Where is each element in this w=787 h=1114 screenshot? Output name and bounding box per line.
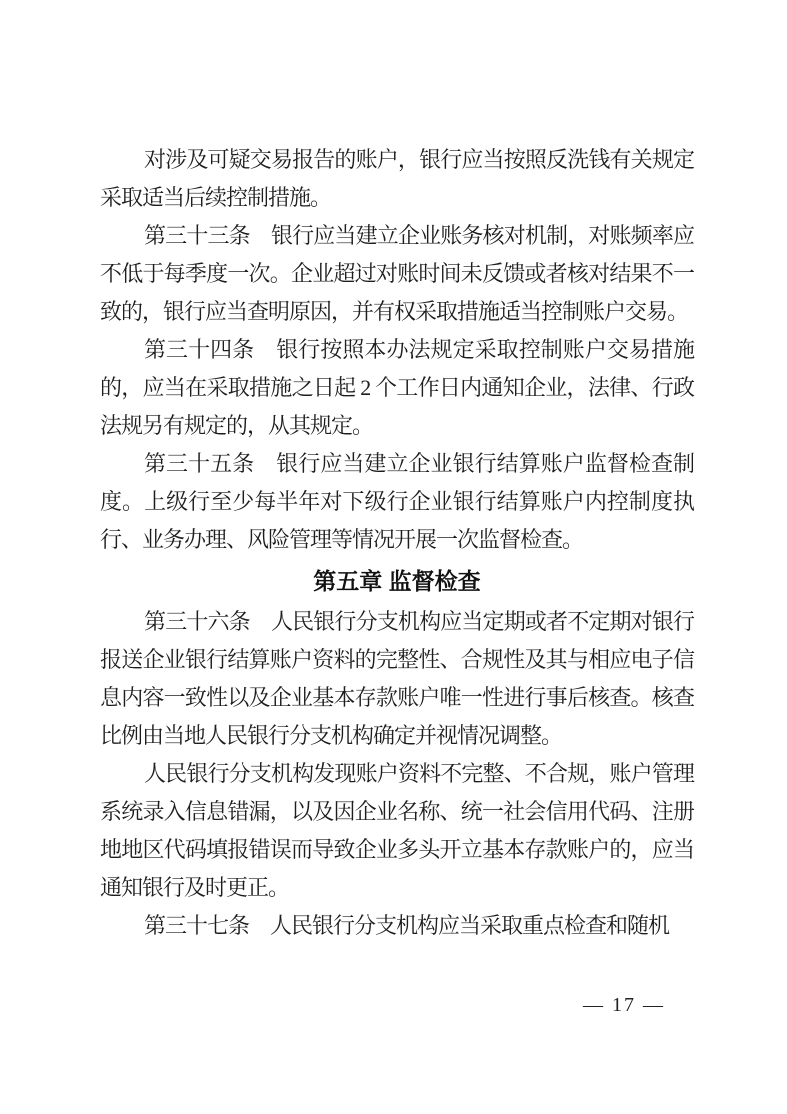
- paragraph-article-36: 第三十六条 人民银行分支机构应当定期或者不定期对银行报送企业银行结算账户资料的完…: [100, 603, 694, 755]
- document-body: 对涉及可疑交易报告的账户，银行应当按照反洗钱有关规定采取适当后续控制措施。 第三…: [100, 141, 694, 945]
- paragraph: 对涉及可疑交易报告的账户，银行应当按照反洗钱有关规定采取适当后续控制措施。: [100, 141, 694, 217]
- document-page: 对涉及可疑交易报告的账户，银行应当按照反洗钱有关规定采取适当后续控制措施。 第三…: [0, 0, 787, 1114]
- paragraph-article-35: 第三十五条 银行应当建立企业银行结算账户监督检查制度。上级行至少每半年对下级行企…: [100, 445, 694, 559]
- paragraph-article-34: 第三十四条 银行按照本办法规定采取控制账户交易措施的，应当在采取措施之日起 2 …: [100, 331, 694, 445]
- paragraph-article-33: 第三十三条 银行应当建立企业账务核对机制，对账频率应不低于每季度一次。企业超过对…: [100, 217, 694, 331]
- page-number: — 17 —: [583, 992, 665, 1018]
- paragraph: 人民银行分支机构发现账户资料不完整、不合规，账户管理系统录入信息错漏，以及因企业…: [100, 755, 694, 907]
- paragraph-article-37: 第三十七条 人民银行分支机构应当采取重点检查和随机: [100, 907, 694, 945]
- chapter-heading: 第五章 监督检查: [100, 559, 694, 603]
